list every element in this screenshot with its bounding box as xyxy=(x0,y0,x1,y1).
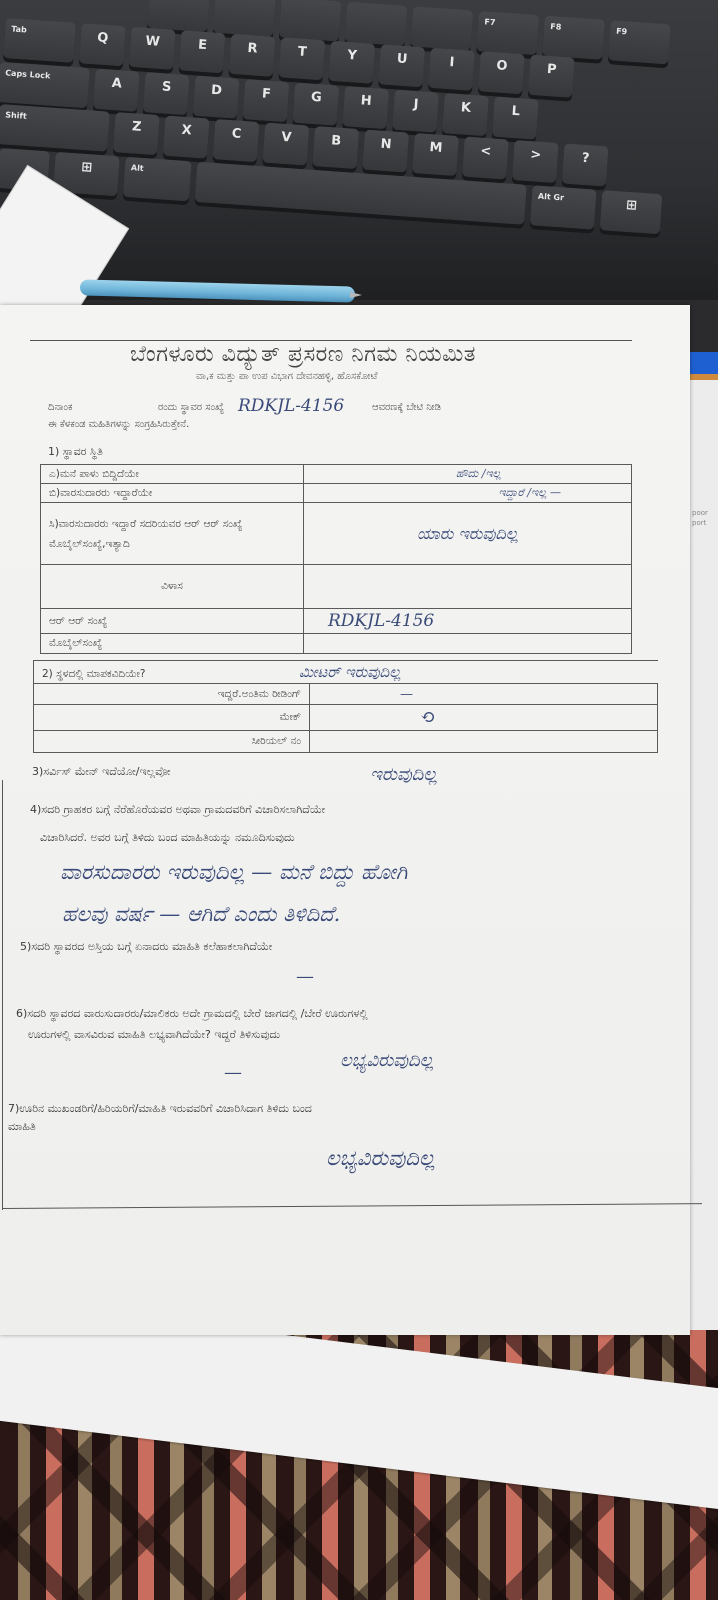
section4-question-line1: 4)ಸದರಿ ಗ್ರಾಹಕರ ಬಗ್ಗೆ ನೆರೆಹೊರೆಯವರ ಅಥವಾ ಗ್… xyxy=(30,801,325,819)
section7-question-line2: ಮಾಹಿತಿ xyxy=(8,1118,36,1136)
section7-answer: ಲಭ್ಯವಿರುವುದಿಲ್ಲ xyxy=(326,1146,435,1171)
rr-number-label: ರಂದು ಸ್ಥಾವರ ಸಂಖ್ಯೆ xyxy=(158,402,224,413)
windows-key-icon: ⊞ xyxy=(600,190,663,234)
section5-question: 5)ಸದರಿ ಸ್ಥಾವರದ ಅಸ್ತಿಯ ಬಗ್ಗೆ ಏನಾದರು ಮಾಹಿತ… xyxy=(20,938,272,956)
section1-table: ಎ)ಮನೆ ಪಾಳು ಬಿದ್ದಿದೆಯೇ ಹೌದು /ಇಲ್ಲ ಬಿ)ವಾರಸ… xyxy=(40,464,632,654)
table-row: ಮೊಬೈಲ್‌ಸಂಖ್ಯೆ xyxy=(41,634,632,654)
section7-question-line1: 7)ಊರಿನ ಮುಖಂಡರಿಗೆ/ಹಿರಿಯರಿಗೆ/ಮಾಹಿತಿ ಇರುವವರ… xyxy=(8,1100,312,1118)
table-row: ವಿಳಾಸ xyxy=(41,565,632,609)
date-label: ದಿನಾಂಕ xyxy=(48,402,72,413)
section6-question-line2: ಊರುಗಳಲ್ಲಿ ವಾಸವಿರುವ ಮಾಹಿತಿ ಲಭ್ಯವಾಗಿದೆಯೇ? … xyxy=(28,1026,280,1044)
section4-answer-line2: ಹಲವು ವರ್ಷ — ಆಗಿದೆ ಎಂದು ತಿಳಿದಿದೆ. xyxy=(62,902,340,927)
form-paper xyxy=(0,305,690,1335)
section6-answer: ಲಭ್ಯವಿರುವುದಿಲ್ಲ xyxy=(340,1050,433,1071)
section1-title: 1) ಸ್ಥಾವರ ಸ್ಥಿತಿ xyxy=(48,445,103,459)
table-row: ಮೇಕ್ ⟲ xyxy=(34,705,658,731)
section6-dash: — xyxy=(224,1062,242,1083)
form-title: ಬೆಂಗಳೂರು ವಿದ್ಯುತ್ ಪ್ರಸರಣ ನಿಗಮ ನಿಯಮಿತ xyxy=(130,342,476,367)
section4-question-line2: ವಿಚಾರಿಸಿದರೆ. ಅವರ ಬಗ್ಗೆ ತಿಳಿದು ಬಂದ ಮಾಹಿತಿ… xyxy=(40,829,295,847)
section2-title: 2) ಸ್ಥಳದಲ್ಲಿ ಮಾಪಕವಿದಿಯೇ? xyxy=(42,668,145,680)
section2-table: 2) ಸ್ಥಳದಲ್ಲಿ ಮಾಪಕವಿದಿಯೇ? ಮೀಟರ್ ಇರುವುದಿಲ್… xyxy=(33,660,658,753)
form-subtitle: ವಾ,ಕ ಮತ್ತು ಪಾ ಉಪ ವಿಭಾಗ ದೇವನಹಳ್ಳಿ, ಹೊಸಕೋಟ… xyxy=(196,371,377,382)
visit-label: ಆವರಣಕ್ಕೆ ಬೇಟಿ ನೀಡಿ xyxy=(372,402,441,413)
section4-answer-line1: ವಾರಸುದಾರರು ಇರುವುದಿಲ್ಲ — ಮನೆ ಬಿದ್ದು ಹೋಗಿ xyxy=(60,860,407,885)
table-row: 2) ಸ್ಥಳದಲ್ಲಿ ಮಾಪಕವಿದಿಯೇ? ಮೀಟರ್ ಇರುವುದಿಲ್… xyxy=(34,661,658,684)
rr-number-value: RDKJL-4156 xyxy=(238,396,344,416)
table-row: ಇದ್ದರೆ.ಅಂತಿಮ ರೀಡಿಂಗ್ — xyxy=(34,684,658,705)
section2-answer: ಮೀಟರ್ ಇರುವುದಿಲ್ಲ xyxy=(299,663,401,681)
table-row: ಬಿ)ವಾರಸುದಾರರು ಇದ್ದಾರೆಯೇ ಇದ್ದಾರೆ /ಇಲ್ಲ — xyxy=(41,484,632,503)
section3-question: 3)ಸರ್ವಿಸ್ ಮೇನ್ ಇದೆಯೋ/ಇಲ್ಲವೋ xyxy=(32,763,171,781)
table-row: ಆರ್ ಆರ್ ಸಂಖ್ಯೆ RDKJL-4156 xyxy=(41,609,632,634)
table-row: ಸೀರಿಯಲ್ ನಂ xyxy=(34,731,658,753)
section6-question-line1: 6)ಸದರಿ ಸ್ಥಾವರದ ವಾರುಸುದಾರರು/ಮಾಲಿಕರು ಅದೇ ಗ… xyxy=(16,1005,368,1023)
table-row: ಸಿ)ವಾರಸುದಾರರು ಇದ್ದಾರೆ ಸದರಿಯವರ ಆರ್ ಆರ್ ಸಂ… xyxy=(41,503,632,565)
collect-statement: ಈ ಕೆಳಕಂಡ ಮಹಿತಿಗಳನ್ನು ಸಂಗ್ರಹಿಸಿರುತ್ತೇನೆ. xyxy=(48,419,189,430)
side-paper-text: poor port xyxy=(692,508,708,528)
table-row: ಎ)ಮನೆ ಪಾಳು ಬಿದ್ದಿದೆಯೇ ಹೌದು /ಇಲ್ಲ xyxy=(41,465,632,484)
section3-answer: ಇರುವುದಿಲ್ಲ xyxy=(370,764,437,785)
section5-answer: — xyxy=(296,966,314,987)
